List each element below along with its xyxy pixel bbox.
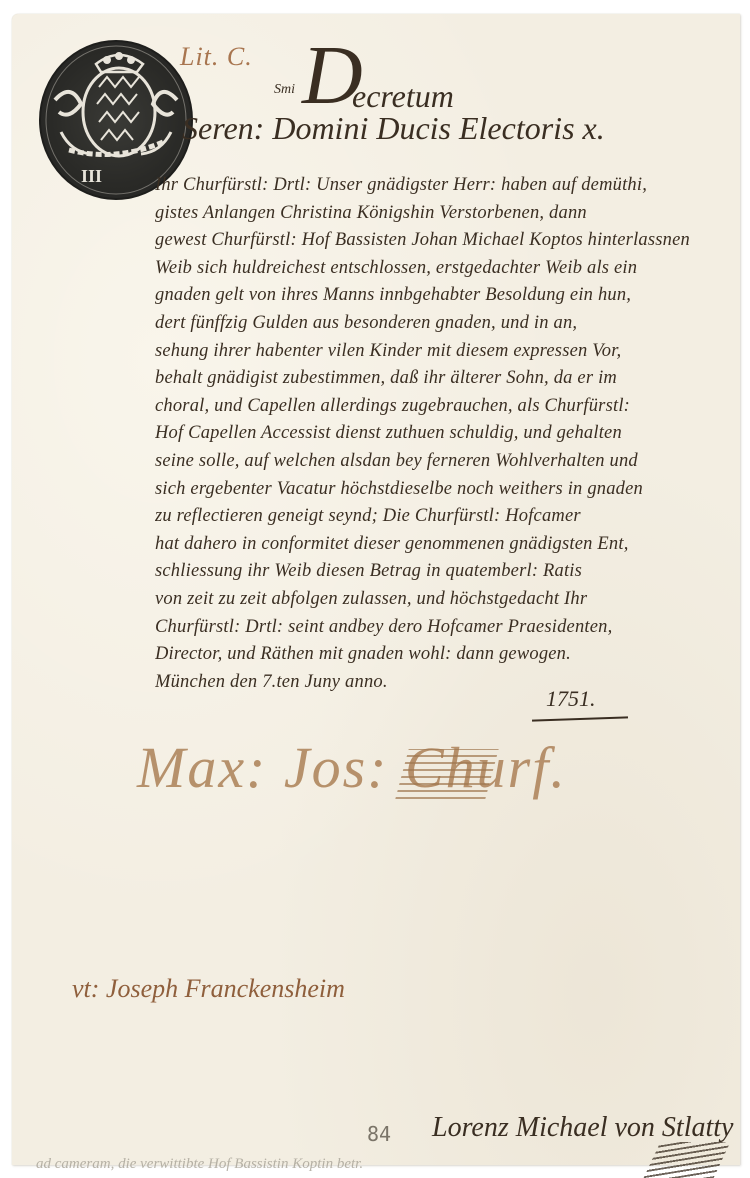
body-line: von zeit zu zeit abfolgen zulassen, und …: [155, 586, 735, 614]
body-line: schliessung ihr Weib diesen Betrag in qu…: [155, 558, 735, 586]
secretary-signature: Lorenz Michael von Stlatty: [432, 1112, 733, 1144]
bleed-through-text: ad cameram, die verwittibte Hof Bassisti…: [36, 1156, 363, 1173]
body-line: Ihr Churfürstl: Drtl: Unser gnädigster H…: [155, 172, 735, 200]
body-line: seine solle, auf welchen alsdan bey fern…: [155, 448, 735, 476]
body-line: hat dahero in conformitet dieser genomme…: [155, 531, 735, 559]
elector-signature: Max: Jos: Churf.: [137, 734, 567, 801]
decree-body: Ihr Churfürstl: Drtl: Unser gnädigster H…: [155, 172, 735, 696]
body-line: choral, und Capellen allerdings zugebrau…: [155, 393, 735, 421]
body-line: sehung ihrer habenter vilen Kinder mit d…: [155, 338, 735, 366]
date-underline: [532, 716, 628, 721]
archival-annotation: Lit. C.: [180, 42, 253, 72]
body-line: Hof Capellen Accessist dienst zuthuen sc…: [155, 420, 735, 448]
body-line: Churfürstl: Drtl: seint andbey dero Hofc…: [155, 614, 735, 642]
heading-subtitle: Seren: Domini Ducis Electoris x.: [182, 110, 605, 147]
body-line: sich ergebenter Vacatur höchstdieselbe n…: [155, 476, 735, 504]
body-line: Weib sich huldreichest entschlossen, ers…: [155, 255, 735, 283]
body-line: dert fünffzig Gulden aus besonderen gnad…: [155, 310, 735, 338]
body-line: gewest Churfürstl: Hof Bassisten Johan M…: [155, 227, 735, 255]
body-line: Director, und Räthen mit gnaden wohl: da…: [155, 641, 735, 669]
body-line: gistes Anlangen Christina Königshin Vers…: [155, 200, 735, 228]
seal-marking: III: [81, 166, 102, 186]
folio-number: 84: [367, 1122, 391, 1146]
signature-flourish: [644, 1142, 731, 1178]
signature-flourish: [395, 749, 498, 799]
countersign-note: vt: Joseph Franckensheim: [72, 974, 345, 1004]
body-line: behalt gnädigist zubestimmen, daß ihr äl…: [155, 365, 735, 393]
date-year: 1751.: [546, 686, 596, 712]
document-page: III Lit. C. D Smi ecretum Seren: Domini …: [12, 14, 740, 1165]
body-line: zu reflectieren geneigt seynd; Die Churf…: [155, 503, 735, 531]
body-line: München den 7.ten Juny anno.: [155, 669, 735, 697]
heading-superscript: Smi: [274, 82, 295, 98]
body-line: gnaden gelt von ihres Manns innbgehabter…: [155, 282, 735, 310]
